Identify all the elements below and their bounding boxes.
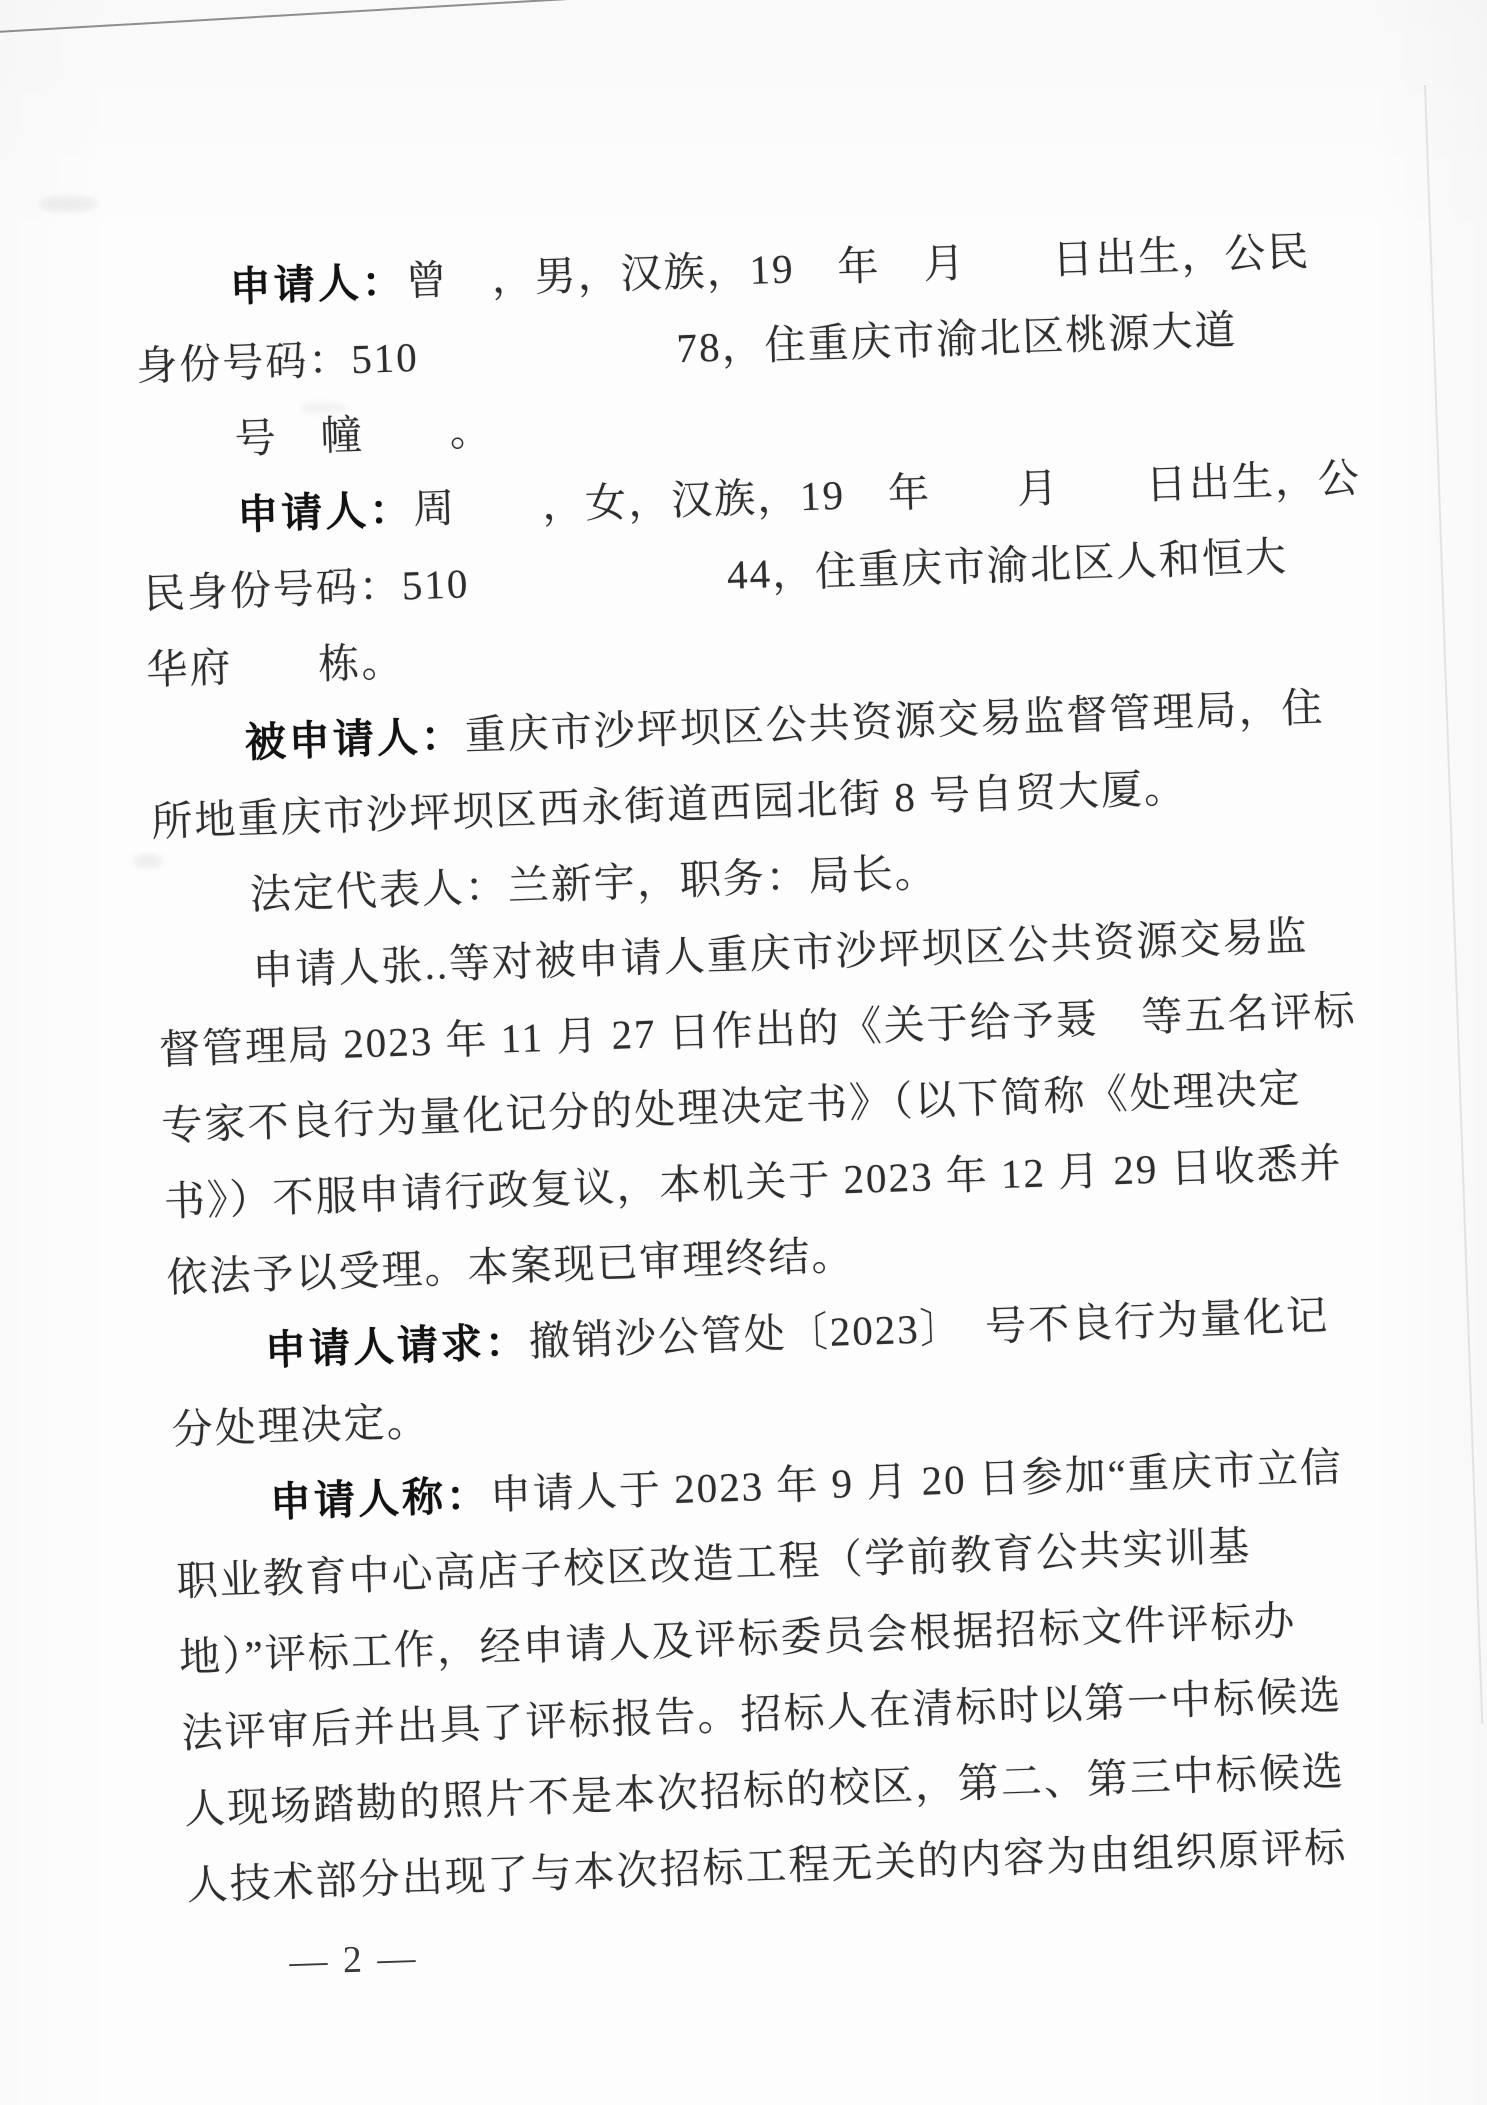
paragraph-label: 申请人请求：	[264, 1319, 529, 1374]
paragraph-label: 申请人称：	[269, 1472, 490, 1525]
scan-artifact-page-edge	[1424, 85, 1483, 1724]
scan-artifact-diagonal-line	[0, 0, 570, 33]
line-text: 号 幢 。	[234, 407, 493, 462]
line-text: 依法予以受理。本案现已审理终结。	[166, 1232, 855, 1301]
line-text: 华府 栋。	[146, 639, 405, 694]
line-text: 重庆市沙坪坝区公共资源交易监督管理局，住	[464, 684, 1325, 758]
line-text: 分处理决定。	[171, 1398, 430, 1453]
paragraph-label: 申请人：	[229, 258, 406, 310]
scan-smudge	[38, 196, 98, 212]
scanned-page: 申请人：曾 ，男，汉族，19 年 月 日出生，公民身份号码：510 78，住重庆…	[0, 0, 1487, 2105]
line-text: 撤销沙公管处〔2023〕 号不良行为量化记	[528, 1292, 1330, 1365]
line-text: 法定代表人：兰新宇，职务：局长。	[249, 849, 938, 918]
paragraph-label: 被申请人：	[244, 713, 465, 766]
paragraph-label: 申请人：	[237, 486, 414, 538]
line-text: 申请人于 2023 年 9 月 20 日参加“重庆市立信	[489, 1444, 1343, 1518]
document-body: 申请人：曾 ，男，汉族，19 年 月 日出生，公民身份号码：510 78，住重庆…	[133, 211, 1430, 2003]
